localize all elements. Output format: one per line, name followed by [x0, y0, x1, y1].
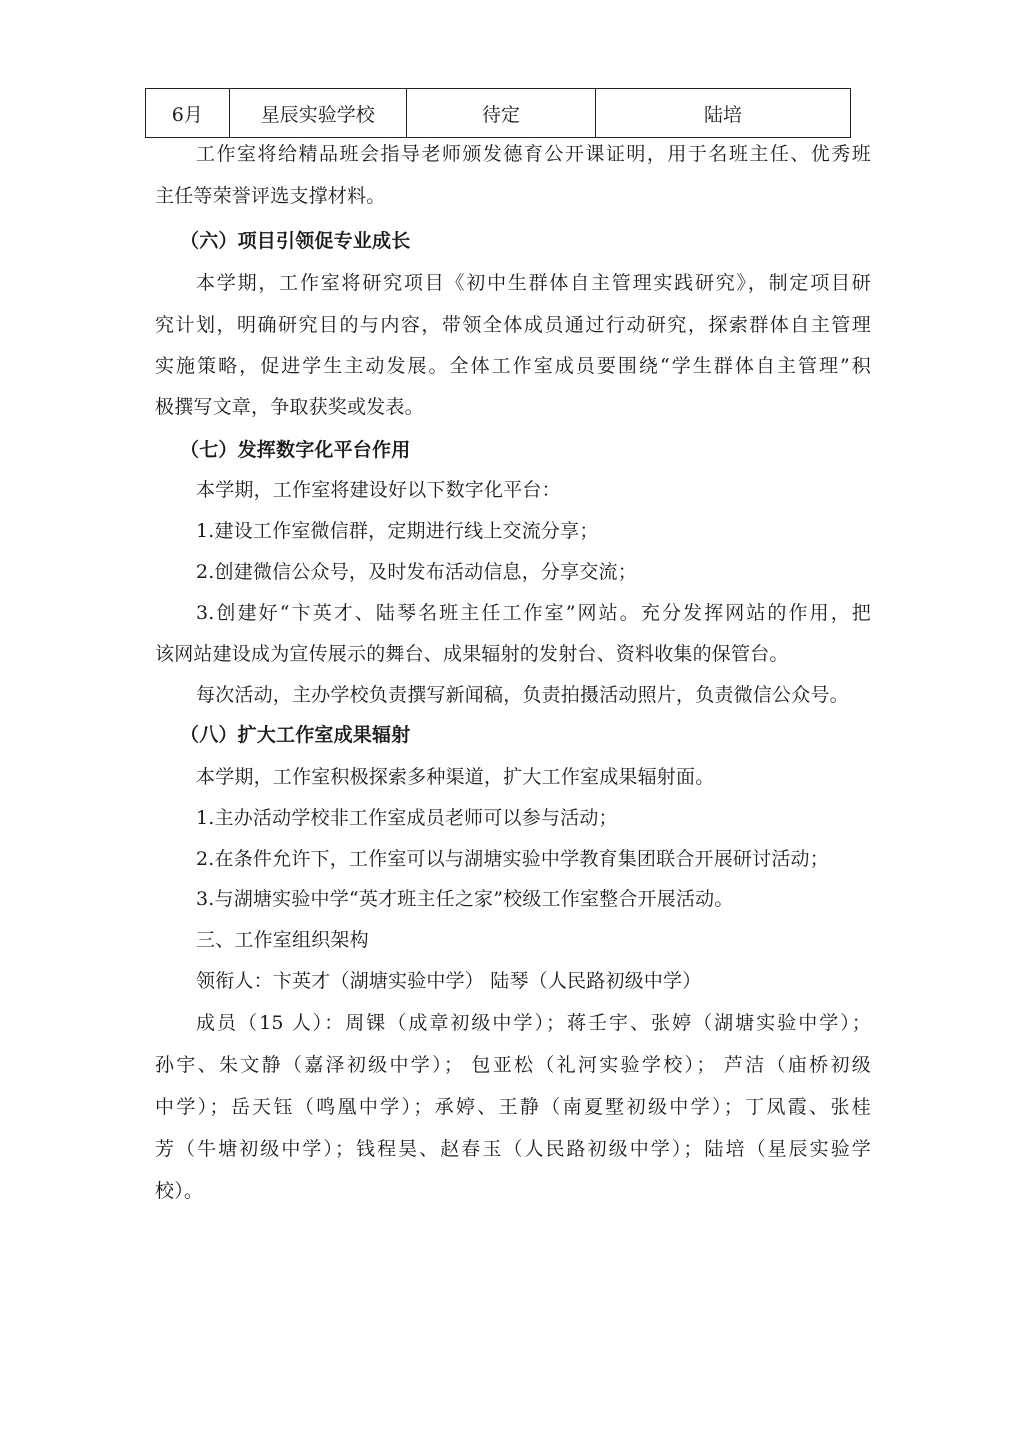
section-heading: （八）扩大工作室成果辐射	[180, 722, 896, 748]
paragraph-line: 极撰写文章，争取获奖或发表。	[155, 394, 871, 420]
table-row: 6月 星辰实验学校 待定 陆培	[146, 89, 851, 138]
list-item: 2.创建微信公众号，及时发布活动信息，分享交流；	[196, 559, 871, 585]
paragraph-line: 工作室将给精品班会指导老师颁发德育公开课证明，用于名班主任、优秀班	[196, 141, 871, 167]
paragraph-line: 领衔人：卞英才（湖塘实验中学） 陆琴（人民路初级中学）	[196, 968, 871, 994]
paragraph-line: 实施策略，促进学生主动发展。全体工作室成员要围绕“学生群体自主管理”积	[155, 353, 871, 379]
paragraph-line: 本学期，工作室积极探索多种渠道，扩大工作室成果辐射面。	[196, 764, 871, 790]
paragraph-line: 本学期，工作室将研究项目《初中生群体自主管理实践研究》，制定项目研	[196, 270, 871, 296]
cell-month: 6月	[146, 89, 230, 138]
section-heading: （六）项目引领促专业成长	[180, 228, 896, 254]
section-heading: （七）发挥数字化平台作用	[180, 437, 896, 463]
paragraph-line: 中学）；岳天钰（鸣凰中学）；承婷、王静（南夏墅初级中学）；丁凤霞、张桂	[155, 1094, 871, 1120]
paragraph-line: 校）。	[155, 1178, 871, 1204]
paragraph-line: 每次活动，主办学校负责撰写新闻稿，负责拍摄活动照片，负责微信公众号。	[196, 682, 871, 708]
paragraph-line: 芳（牛塘初级中学）；钱程昊、赵春玉（人民路初级中学）；陆培（星辰实验学	[155, 1136, 871, 1162]
schedule-table: 6月 星辰实验学校 待定 陆培	[145, 88, 851, 138]
cell-school: 星辰实验学校	[229, 89, 406, 138]
cell-topic: 待定	[406, 89, 595, 138]
list-item: 3.创建好“卞英才、陆琴名班主任工作室”网站。充分发挥网站的作用，把	[196, 600, 871, 626]
paragraph-line: 主任等荣誉评选支撑材料。	[155, 183, 871, 209]
paragraph-line: 究计划，明确研究目的与内容，带领全体成员通过行动研究，探索群体自主管理	[155, 312, 871, 338]
section-heading: 三、工作室组织架构	[196, 927, 871, 953]
list-item: 1.建设工作室微信群，定期进行线上交流分享；	[196, 518, 871, 544]
list-item: 3.与湖塘实验中学“英才班主任之家”校级工作室整合开展活动。	[196, 886, 871, 912]
document-page: 6月 星辰实验学校 待定 陆培 工作室将给精品班会指导老师颁发德育公开课证明，用…	[0, 0, 1024, 1448]
cell-teacher: 陆培	[596, 89, 851, 138]
paragraph-line: 本学期，工作室将建设好以下数字化平台：	[196, 477, 871, 503]
paragraph-line: 孙宇、朱文静（嘉泽初级中学）； 包亚松（礼河实验学校）； 芦洁（庙桥初级	[155, 1052, 871, 1078]
paragraph-line: 成员（15 人）：周锞（成章初级中学）；蒋壬宇、张婷（湖塘实验中学）；	[196, 1010, 871, 1036]
paragraph-line: 该网站建设成为宣传展示的舞台、成果辐射的发射台、资料收集的保管台。	[155, 641, 871, 667]
list-item: 1.主办活动学校非工作室成员老师可以参与活动；	[196, 805, 871, 831]
list-item: 2.在条件允许下，工作室可以与湖塘实验中学教育集团联合开展研讨活动；	[196, 846, 871, 872]
